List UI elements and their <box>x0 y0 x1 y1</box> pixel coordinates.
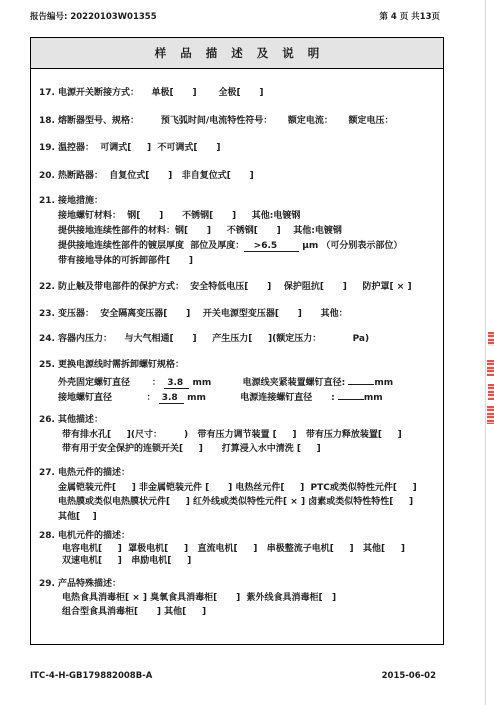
form-line: 18.熔断器型号、规格： 预飞弧时间/电流特性符号： 额定电流： 额定电压： <box>31 116 443 126</box>
form-line: 23.变压器： 安全隔离变压器[ ] 开关电源型变压器[ ] 其他： <box>31 309 443 319</box>
form-text: 双速电机[ ] 串励电机[ ] <box>62 556 191 566</box>
form-field-value: >6.5 <box>244 241 299 252</box>
form-text: 产品特殊描述： <box>58 579 121 589</box>
form-text: 其他描述： <box>58 415 103 425</box>
form-line: 22.防止触及带电部件的保护方式： 安全特低电压[ ] 保护阻抗[ ] 防护罩[… <box>31 282 443 292</box>
red-stamp-mark <box>488 332 494 346</box>
form-line: 电热膜或类似电热膜状元件[ ] 红外线或类似特性元件[ × ] 卤素或类似特性特… <box>31 497 443 507</box>
form-line: 金属铠装元件[ ] 非金属铠装元件 [ ] 电热丝元件[ ] PTC或类似特性元… <box>31 483 443 493</box>
form-text: 接地螺钉直径 ： <box>58 393 159 403</box>
form-text: 电热元件的描述： <box>58 468 130 478</box>
form-text: 防止触及带电部件的保护方式： 安全特低电压[ ] 保护阻抗[ ] 防护罩[ × … <box>58 282 412 292</box>
form-text: mm <box>189 378 211 388</box>
item-number: 28. <box>39 531 55 541</box>
form-line: 接地螺钉直径 ： 3.8 mm 电源连接螺钉直径 : mm <box>31 391 443 403</box>
form-line: 17.电源开关断接方式： 单极[ ] 全极[ ] <box>31 88 443 98</box>
form-line: 24.容器内压力： 与大气相通[ ] 产生压力[ ](额定压力： Pa) <box>31 334 443 344</box>
form-line: 双速电机[ ] 串励电机[ ] <box>31 556 443 566</box>
form-text: 提供接地连续性部件的镀层厚度 部位及厚度： <box>58 241 244 251</box>
form-text: 电容电机[ ] 罩极电机[ ] 直流电机[ ] 串极整流子电机[ ] 其他[ ] <box>62 544 405 554</box>
form-text: mm <box>374 378 393 388</box>
form-line: 电容电机[ ] 罩极电机[ ] 直流电机[ ] 串极整流子电机[ ] 其他[ ] <box>31 544 443 554</box>
form-line: 29.产品特殊描述： <box>31 579 443 589</box>
form-field-value <box>348 376 374 385</box>
form-line: 27.电热元件的描述： <box>31 468 443 478</box>
form-line: 组合型食具消毒柜[ ] 其他[ ] <box>31 607 443 617</box>
form-line: 提供接地连续性部件的镀层厚度 部位及厚度： >6.5 μm （可分别表示部位） <box>31 241 443 251</box>
item-number: 23. <box>39 309 55 319</box>
form-text: 电源开关断接方式： 单极[ ] 全极[ ] <box>58 88 264 98</box>
item-number: 17. <box>39 88 55 98</box>
report-number: 报告编号: 20220103W01355 <box>30 10 157 22</box>
form-text: 组合型食具消毒柜[ ] 其他[ ] <box>62 607 206 617</box>
form-text: 容器内压力： 与大气相通[ ] 产生压力[ ](额定压力： Pa) <box>58 334 369 344</box>
form-line: 20.热断路器： 自复位式[ ] 非自复位式[ ] <box>31 171 443 181</box>
form-text: 温控器： 可调式[ ] 不可调式[ ] <box>58 143 220 153</box>
form-field-value <box>338 391 364 400</box>
form-text: 电机元件的描述： <box>58 531 130 541</box>
form-text: 熔断器型号、规格： 预飞弧时间/电流特性符号： 额定电流： 额定电压： <box>58 116 394 126</box>
form-text: 电源连接螺钉直径 : <box>206 393 338 403</box>
item-number: 22. <box>39 282 55 292</box>
form-text: 其他[ ] <box>58 512 97 522</box>
item-number: 18. <box>39 116 55 126</box>
form-field-value: 3.8 <box>164 378 189 389</box>
form-line: 带有用于安全保护的连锁开关[ ] 打算浸入水中清洗 [ ] <box>31 444 443 454</box>
item-number: 25. <box>39 360 55 370</box>
form-field-value: 3.8 <box>159 393 184 404</box>
form-text: 带有用于安全保护的连锁开关[ ] 打算浸入水中清洗 [ ] <box>62 444 321 454</box>
form-line: 19.温控器： 可调式[ ] 不可调式[ ] <box>31 143 443 153</box>
form-text: 接地螺钉材料： 钢[ ] 不锈钢[ ] 其他:电镀钢 <box>58 211 300 221</box>
page-number: 第 4 页 共13页 <box>379 10 440 22</box>
form-line: 26.其他描述： <box>31 415 443 425</box>
form-body: 17.电源开关断接方式： 单极[ ] 全极[ ]18.熔断器型号、规格： 预飞弧… <box>31 38 443 644</box>
form-text: 电热膜或类似电热膜状元件[ ] 红外线或类似特性元件[ × ] 卤素或类似特性特… <box>58 497 413 507</box>
item-number: 27. <box>39 468 55 478</box>
form-text: 带有排水孔[ ](尺寸： ) 带有压力调节装置 [ ] 带有压力释放装置[ ] <box>62 430 402 440</box>
form-text: 电热食具消毒柜[ × ] 臭氧食具消毒柜[ ] 紫外线食具消毒柜[ ] <box>62 593 336 603</box>
page-footer: ITC-4-H-GB179882008B-A 2015-06-02 <box>30 671 436 681</box>
footer-doc-code: ITC-4-H-GB179882008B-A <box>30 671 152 681</box>
form-text: 电源线夹紧装置螺钉直径: <box>211 378 348 388</box>
form-text: 接地措施： <box>58 196 103 206</box>
form-line: 电热食具消毒柜[ × ] 臭氧食具消毒柜[ ] 紫外线食具消毒柜[ ] <box>31 593 443 603</box>
item-number: 29. <box>39 579 55 589</box>
page-header: 报告编号: 20220103W01355 第 4 页 共13页 <box>30 10 440 22</box>
item-number: 26. <box>39 415 55 425</box>
form-line: 25.更换电源线时需拆卸螺钉规格： <box>31 360 443 370</box>
red-stamp-fragment <box>486 328 494 428</box>
form-text: mm <box>364 393 383 403</box>
red-stamp-mark <box>487 406 494 424</box>
form-text: 提供接地连续性部件的材料：钢[ ] 不锈钢[ ] 其他:电镀钢 <box>58 226 342 236</box>
form-text: 金属铠装元件[ ] 非金属铠装元件 [ ] 电热丝元件[ ] PTC或类似特性元… <box>58 483 417 493</box>
form-text: mm <box>184 393 206 403</box>
item-number: 20. <box>39 171 55 181</box>
item-number: 19. <box>39 143 55 153</box>
footer-date: 2015-06-02 <box>382 671 436 681</box>
sample-description-box: 样 品 描 述 及 说 明 17.电源开关断接方式： 单极[ ] 全极[ ]18… <box>30 37 444 645</box>
form-text: μm （可分别表示部位） <box>299 241 402 251</box>
form-text: 外壳固定螺钉直径 ： <box>58 378 164 388</box>
red-stamp-mark <box>488 384 494 400</box>
form-text: 带有接地导体的可拆卸部件[ ] <box>58 256 193 266</box>
form-line: 带有排水孔[ ](尺寸： ) 带有压力调节装置 [ ] 带有压力释放装置[ ] <box>31 430 443 440</box>
red-stamp-mark <box>487 360 494 376</box>
item-number: 21. <box>39 196 55 206</box>
item-number: 24. <box>39 334 55 344</box>
form-text: 更换电源线时需拆卸螺钉规格： <box>58 360 184 370</box>
form-text: 热断路器： 自复位式[ ] 非自复位式[ ] <box>58 171 254 181</box>
form-line: 28.电机元件的描述： <box>31 531 443 541</box>
form-line: 外壳固定螺钉直径 ： 3.8 mm 电源线夹紧装置螺钉直径: mm <box>31 376 443 388</box>
form-line: 接地螺钉材料： 钢[ ] 不锈钢[ ] 其他:电镀钢 <box>31 211 443 221</box>
form-line: 提供接地连续性部件的材料：钢[ ] 不锈钢[ ] 其他:电镀钢 <box>31 226 443 236</box>
form-line: 其他[ ] <box>31 512 443 522</box>
form-line: 21.接地措施： <box>31 196 443 206</box>
form-text: 变压器： 安全隔离变压器[ ] 开关电源型变压器[ ] 其他： <box>58 309 348 319</box>
form-line: 带有接地导体的可拆卸部件[ ] <box>31 256 443 266</box>
